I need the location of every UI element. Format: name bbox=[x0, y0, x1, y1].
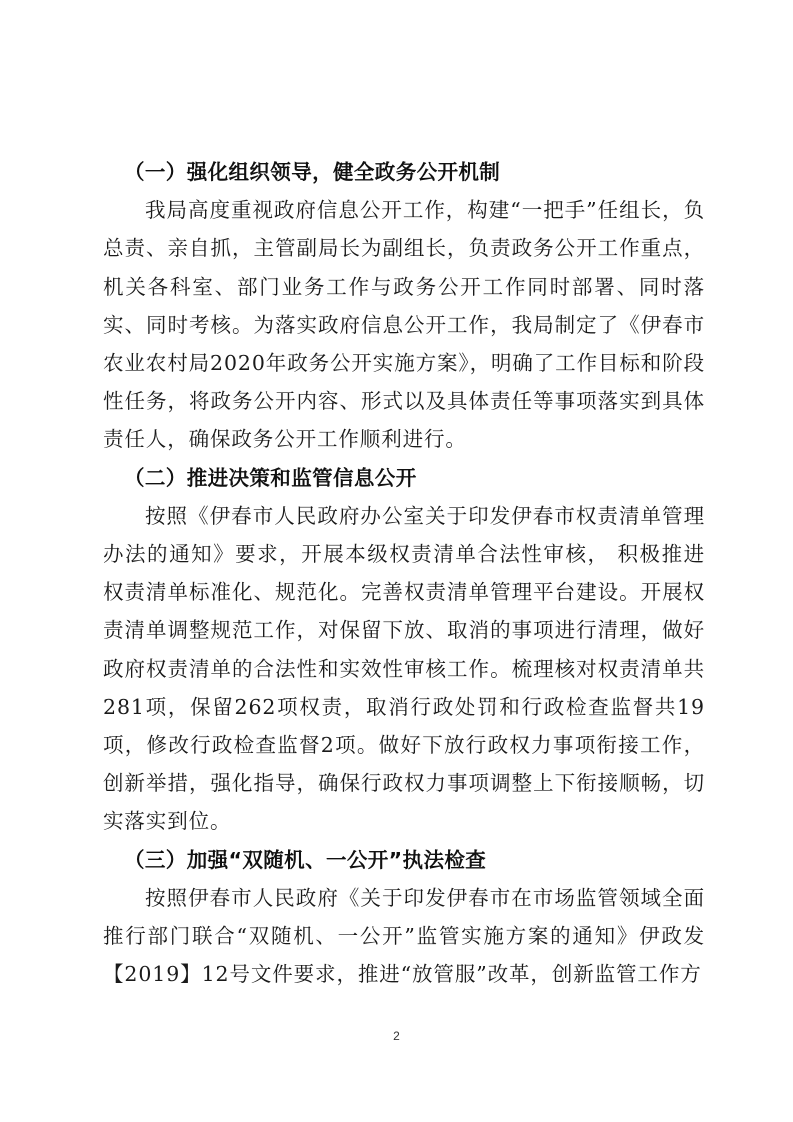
section-heading-3: （三）加强“双随机、一公开”执法检查 bbox=[103, 841, 705, 879]
page-number: 2 bbox=[0, 1029, 793, 1043]
section-paragraph-3: 按照伊春市人民政府《关于印发伊春市在市场监管领域全面推行部门联合“双随机、一公开… bbox=[103, 879, 705, 994]
section-paragraph-1: 我局高度重视政府信息公开工作，构建“一把手”任组长，负总责、亲自抓，主管副局长为… bbox=[103, 191, 705, 458]
section-paragraph-2: 按照《伊春市人民政府办公室关于印发伊春市权责清单管理办法的通知》要求，开展本级权… bbox=[103, 497, 705, 841]
document-page: （一）强化组织领导，健全政务公开机制 我局高度重视政府信息公开工作，构建“一把手… bbox=[0, 0, 793, 1122]
section-heading-2: （二）推进决策和监管信息公开 bbox=[103, 459, 705, 497]
section-heading-1: （一）强化组织领导，健全政务公开机制 bbox=[103, 153, 705, 191]
document-body: （一）强化组织领导，健全政务公开机制 我局高度重视政府信息公开工作，构建“一把手… bbox=[103, 153, 705, 993]
